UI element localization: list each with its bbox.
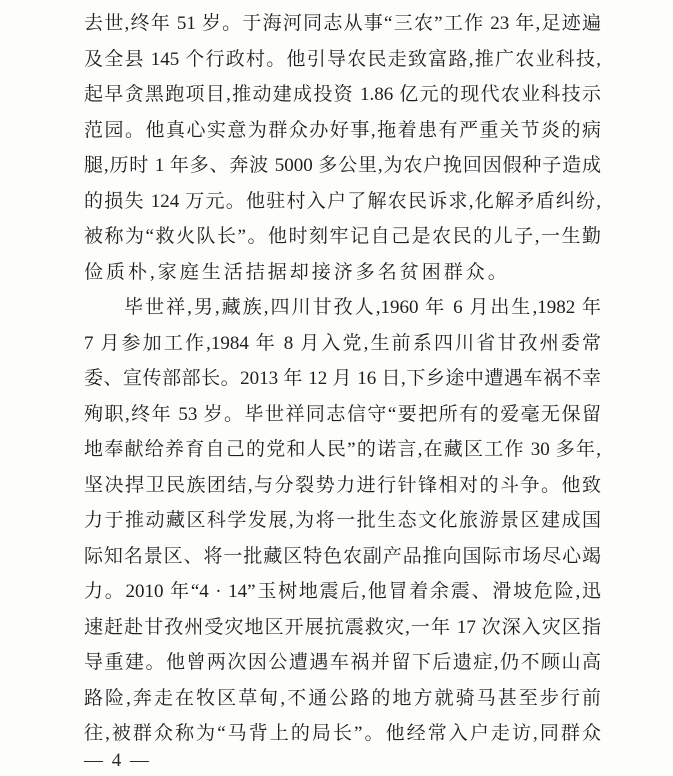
page-number: — 4 — — [84, 749, 151, 773]
body-text-line: 的损失 124 万元。他驻村入户了解农民诉求,化解矛盾纠纷, — [84, 184, 601, 220]
body-text-line: 委、宣传部部长。2013 年 12 月 16 日,下乡途中遭遇车祸不幸 — [84, 361, 601, 397]
body-text-line: 腿,历时 1 年多、奔波 5000 多公里,为农户挽回因假种子造成 — [84, 148, 601, 184]
body-text: 去世,终年 51 岁。于海河同志从事“三农”工作 23 年,足迹遍 及全县 14… — [84, 6, 601, 752]
document-page: 去世,终年 51 岁。于海河同志从事“三农”工作 23 年,足迹遍 及全县 14… — [0, 0, 673, 776]
body-text-line: 力。2010 年“4 · 14”玉树地震后,他冒着余震、滑坡危险,迅 — [84, 574, 601, 610]
body-text-line: 导重建。他曾两次因公遭遇车祸并留下后遗症,仍不顾山高 — [84, 645, 601, 681]
body-text-line: 范园。他真心实意为群众办好事,拖着患有严重关节炎的病 — [84, 113, 601, 149]
body-text-line: 殉职,终年 53 岁。毕世祥同志信守“要把所有的爱毫无保留 — [84, 397, 601, 433]
body-text-line: 及全县 145 个行政村。他引导农民走致富路,推广农业科技, — [84, 42, 601, 78]
body-text-line: 起早贪黑跑项目,推动建成投资 1.86 亿元的现代农业科技示 — [84, 77, 601, 113]
body-text-line: 坚决捍卫民族团结,与分裂势力进行针锋相对的斗争。他致 — [84, 468, 601, 504]
body-text-line: 往,被群众称为“马背上的局长”。他经常入户走访,同群众 — [84, 716, 601, 752]
body-text-line-paragraph-start: 毕世祥,男,藏族,四川甘孜人,1960 年 6 月出生,1982 年 — [84, 290, 601, 326]
body-text-line-paragraph-end: 俭质朴,家庭生活拮据却接济多名贫困群众。 — [84, 255, 601, 291]
body-text-line: 被称为“救火队长”。他时刻牢记自己是农民的儿子,一生勤 — [84, 219, 601, 255]
body-text-line: 力于推动藏区科学发展,为将一批生态文化旅游景区建成国 — [84, 503, 601, 539]
body-text-line: 路险,奔走在牧区草甸,不通公路的地方就骑马甚至步行前 — [84, 681, 601, 717]
body-text-line: 7 月参加工作,1984 年 8 月入党,生前系四川省甘孜州委常 — [84, 326, 601, 362]
body-text-line: 速赶赴甘孜州受灾地区开展抗震救灾,一年 17 次深入灾区指 — [84, 610, 601, 646]
body-text-line: 地奉献给养育自己的党和人民”的诺言,在藏区工作 30 多年, — [84, 432, 601, 468]
body-text-line: 去世,终年 51 岁。于海河同志从事“三农”工作 23 年,足迹遍 — [84, 6, 601, 42]
body-text-line: 际知名景区、将一批藏区特色农副产品推向国际市场尽心竭 — [84, 539, 601, 575]
